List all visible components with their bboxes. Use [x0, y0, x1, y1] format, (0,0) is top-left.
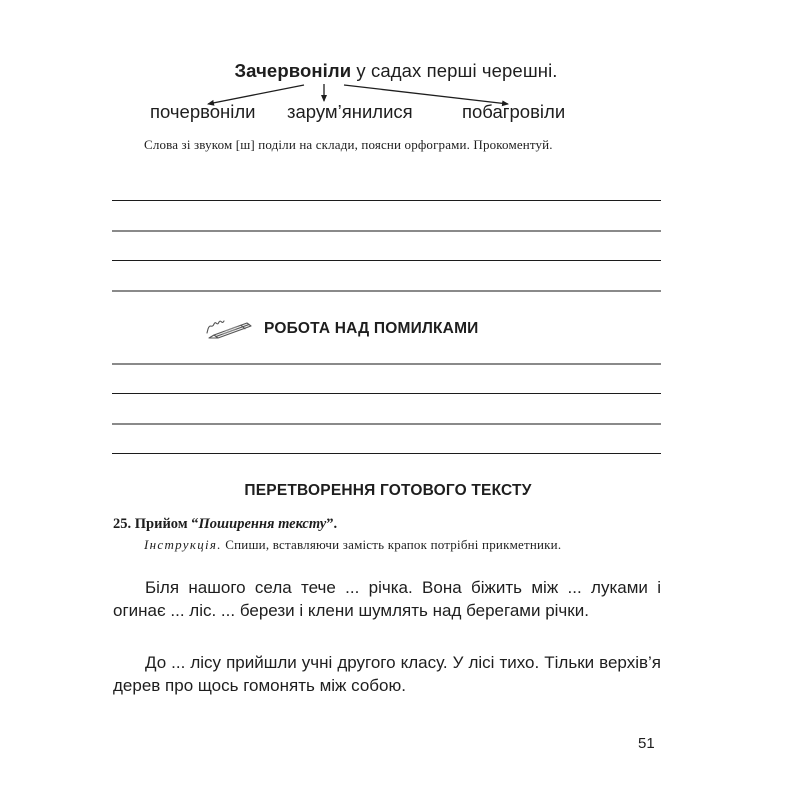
answer-line[interactable]: [112, 230, 661, 232]
quote-close: ”.: [326, 516, 337, 532]
page-number: 51: [638, 735, 655, 752]
exercise-number: 25.: [113, 516, 131, 532]
exercise-instruction: Інструкція. Спиши, вставляючи замість кр…: [144, 536, 661, 554]
exercise-name: Поширення тексту: [199, 516, 327, 532]
sentence-rest: у садах перші черешні.: [351, 60, 557, 81]
sentence-keyword: Зачервоніли: [234, 60, 351, 81]
answer-line[interactable]: [112, 200, 661, 201]
answer-line[interactable]: [112, 453, 661, 454]
example-sentence: Зачервоніли у садах перші черешні.: [0, 60, 800, 82]
answer-line[interactable]: [112, 260, 661, 261]
paragraph-text: Біля нашого села тече ... річка. Вона бі…: [113, 577, 661, 622]
synonym-word: почервоніли: [150, 101, 255, 123]
pencil-icon: [205, 316, 255, 342]
section-title-text: ПЕРЕТВОРЕННЯ ГОТОВОГО ТЕКСТУ: [244, 482, 531, 499]
answer-line[interactable]: [112, 363, 661, 365]
exercise-heading: 25. Прийом “Поширення тексту”.: [113, 516, 337, 533]
instruction-label: Інструкція.: [144, 537, 222, 552]
section-title: ПЕРЕТВОРЕННЯ ГОТОВОГО ТЕКСТУ: [0, 482, 800, 500]
quote-open: “: [191, 516, 198, 532]
exercise-prefix: Прийом: [131, 516, 191, 532]
exercise-text-paragraph: Біля нашого села тече ... річка. Вона бі…: [113, 577, 661, 622]
answer-line[interactable]: [112, 393, 661, 394]
answer-line[interactable]: [112, 290, 661, 292]
exercise-text-paragraph: До ... лісу прийшли учні другого класу. …: [113, 652, 661, 697]
synonym-word: зарум’янилися: [287, 101, 413, 123]
task-instruction: Слова зі звуком [ш] поділи на склади, по…: [144, 136, 664, 154]
errors-section-title: РОБОТА НАД ПОМИЛКАМИ: [264, 320, 479, 338]
instruction-text: Спиши, вставляючи замість крапок потрібн…: [222, 537, 561, 552]
answer-line[interactable]: [112, 423, 661, 425]
workbook-page: Зачервоніли у садах перші черешні. почер…: [0, 0, 800, 800]
synonym-word: побагровіли: [462, 101, 565, 123]
errors-section-heading: РОБОТА НАД ПОМИЛКАМИ: [205, 314, 479, 344]
paragraph-text: До ... лісу прийшли учні другого класу. …: [113, 652, 661, 697]
